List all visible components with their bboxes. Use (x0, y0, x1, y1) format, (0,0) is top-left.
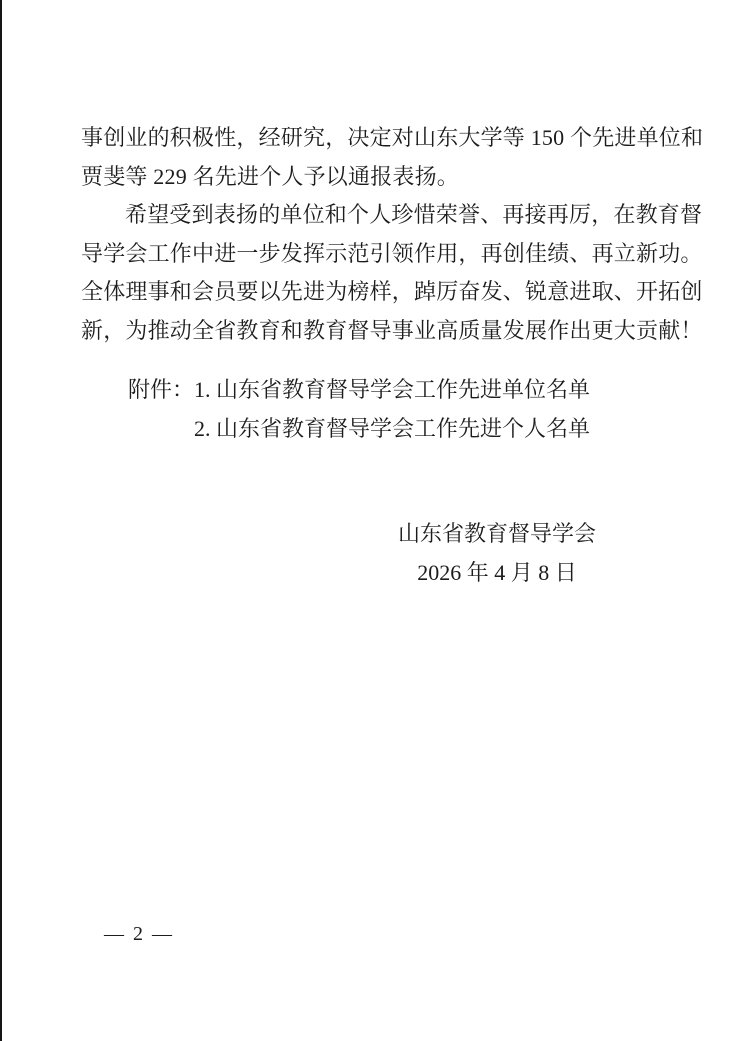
body-line: 全体理事和会员要以先进为榜样，踔厉奋发、锐意进取、开拓创 (81, 273, 669, 312)
document-body: 事创业的积极性，经研究，决定对山东大学等 150 个先进单位和 贾斐等 229 … (81, 119, 669, 350)
signature-org: 山东省教育督导学会 (383, 514, 611, 553)
attachment-item: 2. 山东省教育督导学会工作先进个人名单 (194, 410, 590, 449)
body-line: 新，为推动全省教育和教育督导事业高质量发展作出更大贡献！ (81, 312, 669, 351)
page-number: — 2 — (104, 922, 174, 946)
scan-edge-line (0, 0, 2, 1041)
body-line: 贾斐等 229 名先进个人予以通报表扬。 (81, 158, 669, 197)
body-line: 希望受到表扬的单位和个人珍惜荣誉、再接再厉，在教育督 (81, 196, 669, 235)
body-line: 事创业的积极性，经研究，决定对山东大学等 150 个先进单位和 (81, 119, 669, 158)
signature-date: 2026 年 4 月 8 日 (383, 553, 611, 592)
signature-block: 山东省教育督导学会 2026 年 4 月 8 日 (383, 514, 611, 592)
attachments-block: 附件： 1. 山东省教育督导学会工作先进单位名单 2. 山东省教育督导学会工作先… (128, 371, 590, 448)
attachments-label: 附件： (128, 371, 194, 410)
document-page: 事创业的积极性，经研究，决定对山东大学等 150 个先进单位和 贾斐等 229 … (0, 0, 735, 1041)
attachments-list: 1. 山东省教育督导学会工作先进单位名单 2. 山东省教育督导学会工作先进个人名… (194, 371, 590, 448)
attachment-item: 1. 山东省教育督导学会工作先进单位名单 (194, 371, 590, 410)
body-line: 导学会工作中进一步发挥示范引领作用，再创佳绩、再立新功。 (81, 235, 669, 274)
